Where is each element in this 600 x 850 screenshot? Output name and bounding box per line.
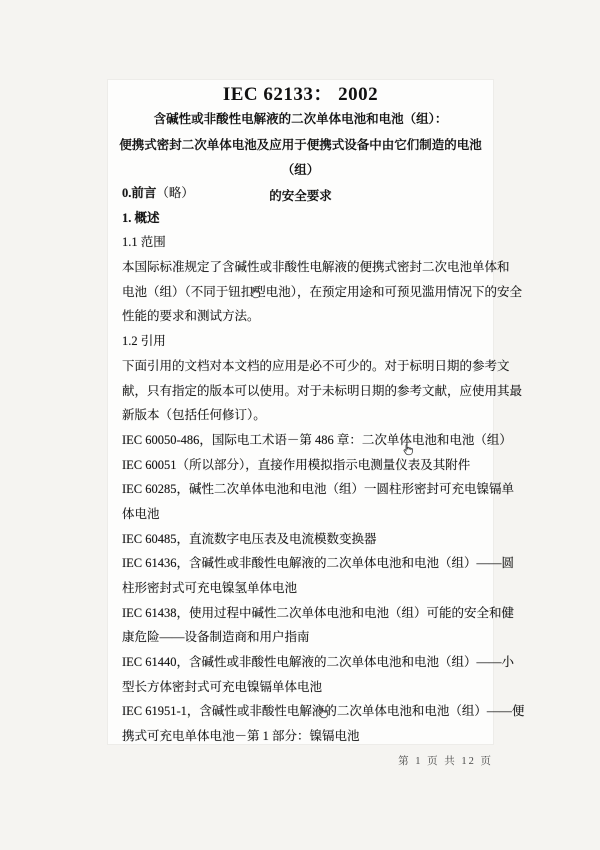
document-line-segment: 柱形密封式可充电镍氢单体电池 — [122, 581, 297, 595]
document-line-segment: 1. 概述 — [122, 211, 160, 225]
document-line: 献，只有指定的版本可以使用。对于未标明日期的参考文献，应使用其最 — [122, 379, 481, 404]
document-line: IEC 60050-486，国际电工术语－第 486 章：二次单体电池和电池（组… — [122, 428, 481, 453]
document-line: 携式可充电单体电池－第 1 部分：镍镉电池 — [122, 724, 481, 749]
document-line: 康危险——设备制造商和用户指南 — [122, 625, 481, 650]
document-line-segment: 0.前言 — [122, 186, 156, 200]
document-line-segment: 携式可充电单体电池－第 1 部分：镍镉电池 — [122, 729, 360, 743]
document-line-segment: 体电池 — [122, 507, 160, 521]
document-line: 新版本（包括任何修订）。 — [122, 403, 481, 428]
document-line-segment: IEC 60050-486，国际电工术语－第 486 章：二次单体电池和电池（组… — [122, 433, 512, 447]
document-line-segment: 电池（组）（不同于钮扣型电池），在预定用途和可预见滥用情况下的安全 — [122, 285, 522, 299]
document-subtitle-line-1: 含碱性或非酸性电解液的二次单体电池和电池（组）： — [108, 107, 493, 133]
document-line-segment: IEC 61438，使用过程中碱性二次单体电池和电池（组）可能的安全和健 — [122, 606, 514, 620]
document-line-segment: IEC 60051（所以部分），直接作用模拟指示电测量仪表及其附件 — [122, 458, 470, 472]
document-line: 型长方体密封式可充电镍镉单体电池 — [122, 675, 481, 700]
document-viewer: { "colors":{ "page_background":"#f5f4f1"… — [0, 0, 600, 850]
document-line: 0.前言（略） — [122, 181, 481, 206]
document-line-segment: IEC 60285，碱性二次单体电池和电池（组）一圆柱形密封可充电镍镉单 — [122, 482, 514, 496]
document-line: 性能的要求和测试方法。 — [122, 304, 481, 329]
document-line: 本国际标准规定了含碱性或非酸性电解液的便携式密封二次电池单体和 — [122, 255, 481, 280]
document-body: 0.前言（略）1. 概述1.1 范围本国际标准规定了含碱性或非酸性电解液的便携式… — [108, 181, 493, 749]
document-line: IEC 61438，使用过程中碱性二次单体电池和电池（组）可能的安全和健 — [122, 601, 481, 626]
document-subtitle-line-2: 便携式密封二次单体电池及应用于便携式设备中由它们制造的电池（组） — [108, 133, 493, 184]
document-line: 柱形密封式可充电镍氢单体电池 — [122, 576, 481, 601]
document-line-segment: 献，只有指定的版本可以使用。对于未标明日期的参考文献，应使用其最 — [122, 384, 522, 398]
document-line: 下面引用的文档对本文档的应用是必不可少的。对于标明日期的参考文 — [122, 354, 481, 379]
document-line-segment: 康危险——设备制造商和用户指南 — [122, 630, 310, 644]
document-line-segment: 1.2 引用 — [122, 334, 166, 348]
document-line: IEC 61951-1，含碱性或非酸性电解液的二次单体电池和电池（组）——便 — [122, 699, 481, 724]
document-line-segment: 1.1 范围 — [122, 235, 166, 249]
document-line: IEC 61440，含碱性或非酸性电解液的二次单体电池和电池（组）——小 — [122, 650, 481, 675]
document-line-segment: IEC 61436，含碱性或非酸性电解液的二次单体电池和电池（组）——圆 — [122, 556, 514, 570]
document-line: 体电池 — [122, 502, 481, 527]
document-line: IEC 60485，直流数字电压表及电流模数变换器 — [122, 527, 481, 552]
scanned-document-image: IEC 62133： 2002 含碱性或非酸性电解液的二次单体电池和电池（组）：… — [108, 80, 493, 744]
document-line: IEC 60051（所以部分），直接作用模拟指示电测量仪表及其附件 — [122, 453, 481, 478]
document-line-segment: 下面引用的文档对本文档的应用是必不可少的。对于标明日期的参考文 — [122, 359, 510, 373]
document-line-segment: 性能的要求和测试方法。 — [122, 309, 260, 323]
document-line: IEC 60285，碱性二次单体电池和电池（组）一圆柱形密封可充电镍镉单 — [122, 477, 481, 502]
document-title: IEC 62133： 2002 — [108, 83, 493, 107]
document-line: 电池（组）（不同于钮扣型电池），在预定用途和可预见滥用情况下的安全 — [122, 280, 481, 305]
document-line-segment: IEC 61951-1，含碱性或非酸性电解液的二次单体电池和电池（组）——便 — [122, 704, 524, 718]
document-line-segment: 本国际标准规定了含碱性或非酸性电解液的便携式密封二次电池单体和 — [122, 260, 510, 274]
document-line-segment: （略） — [156, 186, 194, 200]
document-line-segment: IEC 61440，含碱性或非酸性电解液的二次单体电池和电池（组）——小 — [122, 655, 514, 669]
document-line: 1.1 范围 — [122, 230, 481, 255]
document-line: IEC 61436，含碱性或非酸性电解液的二次单体电池和电池（组）——圆 — [122, 551, 481, 576]
document-line-segment: 型长方体密封式可充电镍镉单体电池 — [122, 680, 322, 694]
document-line: 1.2 引用 — [122, 329, 481, 354]
page-number: 第 1 页 共 12 页 — [0, 753, 493, 768]
document-line-segment: IEC 60485，直流数字电压表及电流模数变换器 — [122, 532, 377, 546]
document-line: 1. 概述 — [122, 206, 481, 231]
document-line-segment: 新版本（包括任何修订）。 — [122, 408, 266, 422]
